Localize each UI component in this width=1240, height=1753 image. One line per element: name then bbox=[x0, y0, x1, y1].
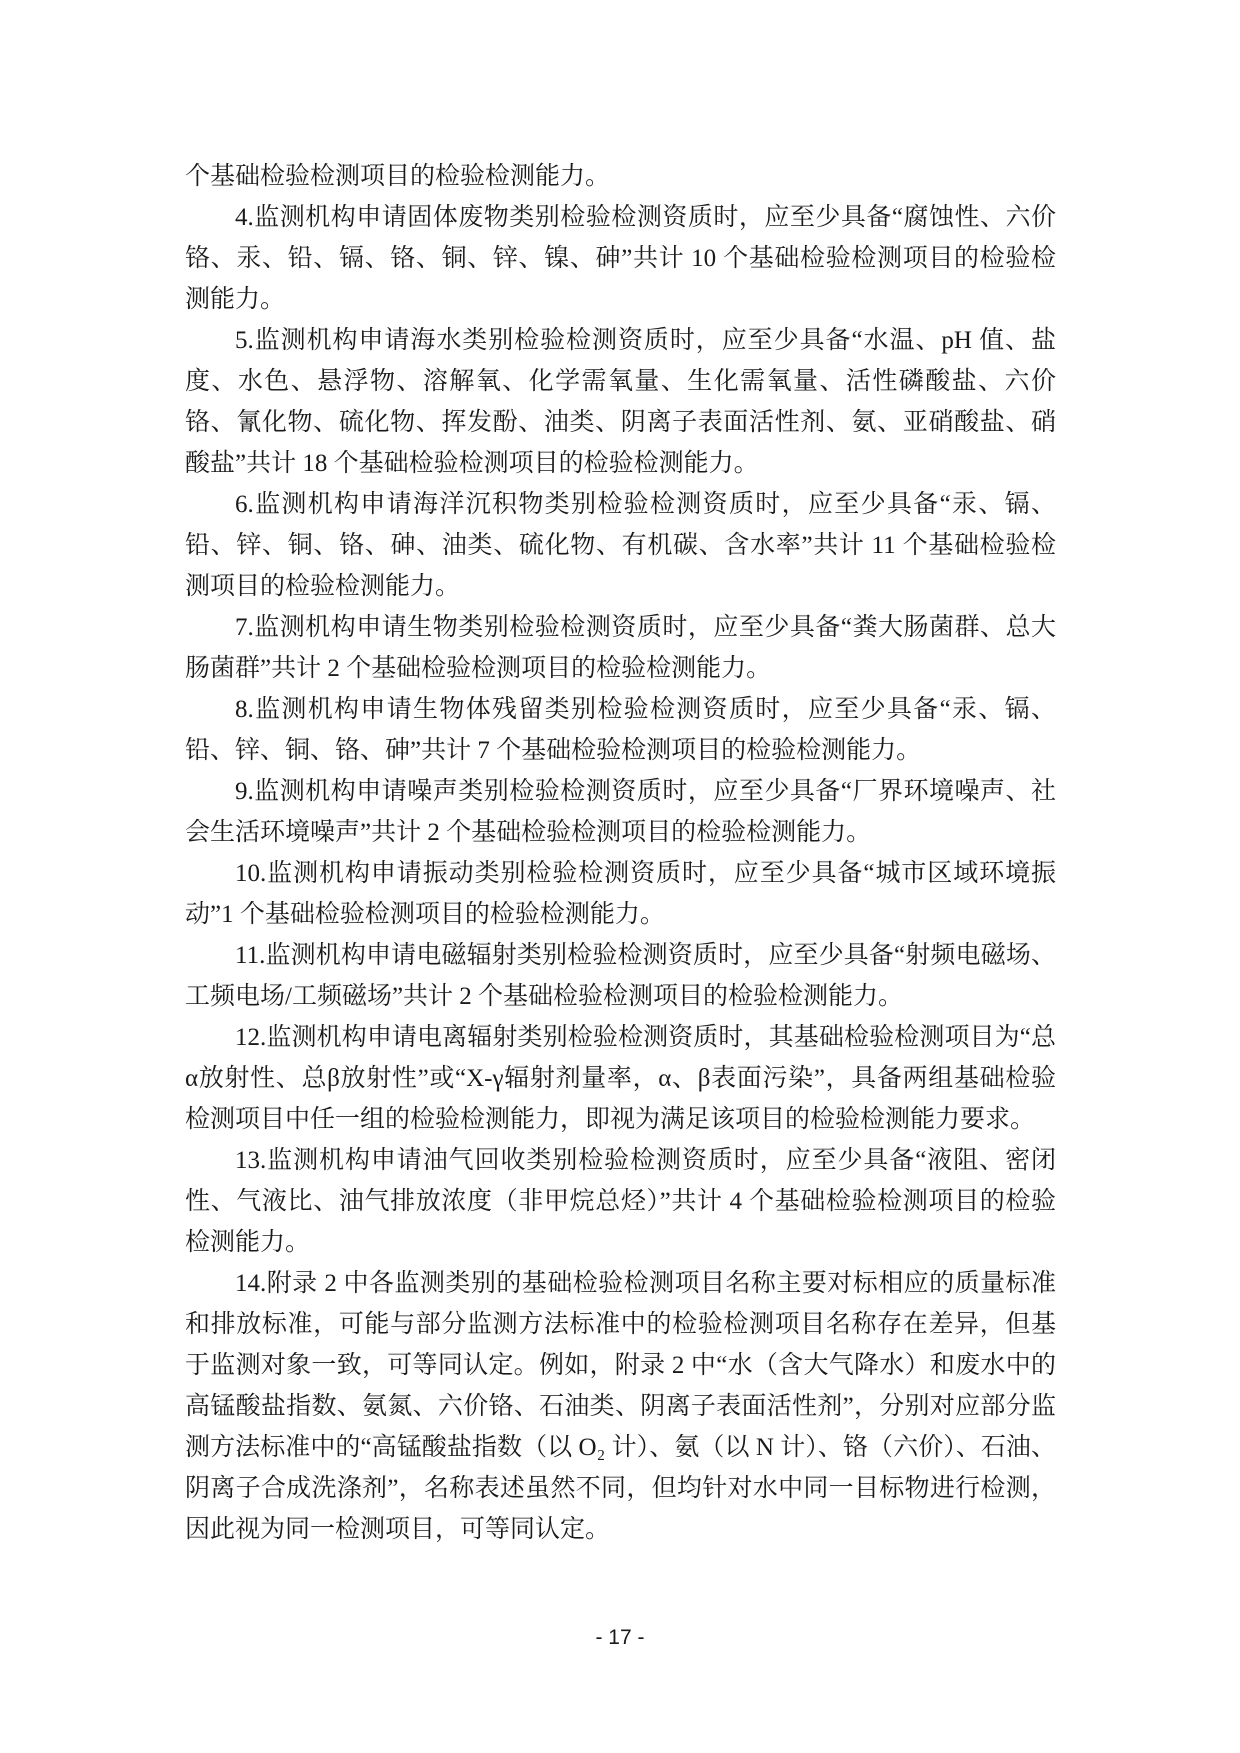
paragraph: 7.监测机构申请生物类别检验检测资质时，应至少具备“粪大肠菌群、总大肠菌群”共计… bbox=[185, 607, 1056, 689]
paragraph: 6.监测机构申请海洋沉积物类别检验检测资质时，应至少具备“汞、镉、铅、锌、铜、铬… bbox=[185, 484, 1056, 607]
page-number: - 17 - bbox=[0, 1626, 1240, 1650]
document-body: 个基础检验检测项目的检验检测能力。4.监测机构申请固体废物类别检验检测资质时，应… bbox=[185, 156, 1056, 1550]
paragraph: 12.监测机构申请电离辐射类别检验检测资质时，其基础检验检测项目为“总α放射性、… bbox=[185, 1017, 1056, 1140]
document-page: 个基础检验检测项目的检验检测能力。4.监测机构申请固体废物类别检验检测资质时，应… bbox=[0, 0, 1240, 1753]
paragraph: 9.监测机构申请噪声类别检验检测资质时，应至少具备“厂界环境噪声、社会生活环境噪… bbox=[185, 771, 1056, 853]
paragraph: 5.监测机构申请海水类别检验检测资质时，应至少具备“水温、pH 值、盐度、水色、… bbox=[185, 320, 1056, 484]
paragraph: 4.监测机构申请固体废物类别检验检测资质时，应至少具备“腐蚀性、六价铬、汞、铅、… bbox=[185, 197, 1056, 320]
paragraph: 10.监测机构申请振动类别检验检测资质时，应至少具备“城市区域环境振动”1 个基… bbox=[185, 853, 1056, 935]
paragraph: 13.监测机构申请油气回收类别检验检测资质时，应至少具备“液阻、密闭性、气液比、… bbox=[185, 1140, 1056, 1263]
paragraph: 11.监测机构申请电磁辐射类别检验检测资质时，应至少具备“射频电磁场、工频电场/… bbox=[185, 935, 1056, 1017]
paragraph: 8.监测机构申请生物体残留类别检验检测资质时，应至少具备“汞、镉、铅、锌、铜、铬… bbox=[185, 689, 1056, 771]
paragraph: 个基础检验检测项目的检验检测能力。 bbox=[185, 156, 1056, 197]
paragraph: 14.附录 2 中各监测类别的基础检验检测项目名称主要对标相应的质量标准和排放标… bbox=[185, 1263, 1056, 1550]
